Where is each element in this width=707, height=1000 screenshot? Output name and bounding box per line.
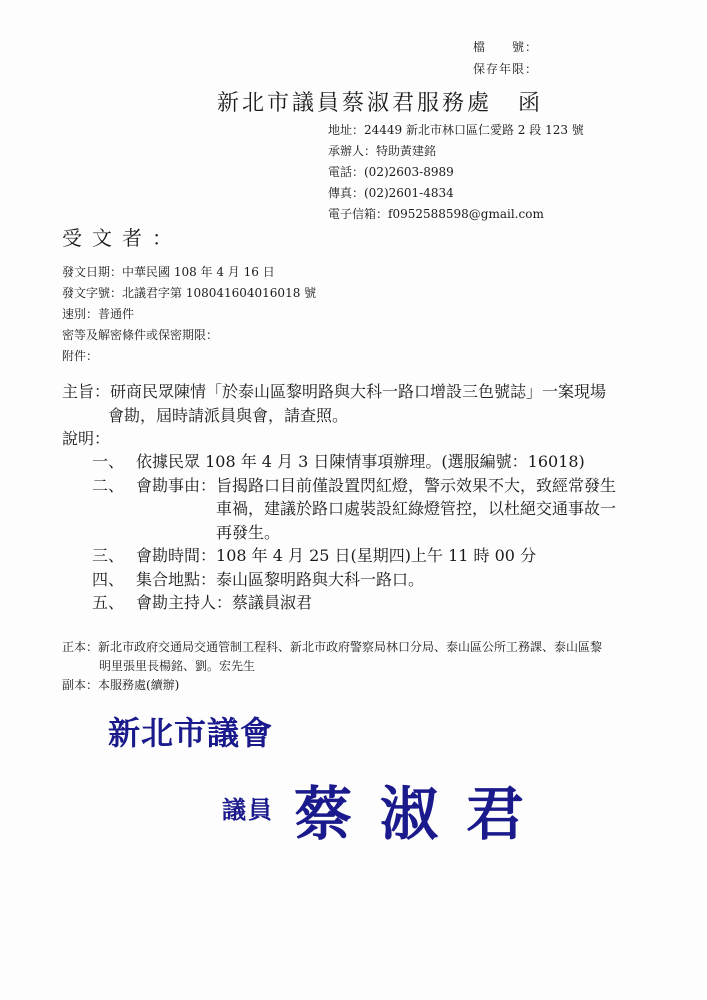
distribution-section: 正本：新北市政府交通局交通管制工程科、新北市政府警察局林口分局、泰山區公所工務課… (62, 638, 602, 695)
fax: 傳真：(02)2601-4834 (328, 183, 584, 204)
explanation-item: 一、 依據民眾 108 年 4 月 3 日陳情事項辦理。(選服編號：16018) (92, 450, 616, 474)
subject-label: 主旨： (62, 382, 110, 401)
issue-date: 發文日期：中華民國 108 年 4 月 16 日 (62, 262, 316, 283)
office-name: 新北市議員蔡淑君服務處 (217, 91, 492, 116)
explanation-list: 一、 依據民眾 108 年 4 月 3 日陳情事項辦理。(選服編號：16018)… (92, 450, 616, 615)
email: 電子信箱：f0952588598@gmail.com (328, 204, 584, 225)
explanation-label: 說明： (62, 427, 606, 451)
address: 地址：24449 新北市林口區仁愛路 2 段 123 號 (328, 120, 584, 141)
document-type: 函 (518, 91, 543, 116)
explanation-item: 五、 會勘主持人： 蔡議員淑君 (92, 591, 616, 615)
document-meta: 發文日期：中華民國 108 年 4 月 16 日 發文字號：北議君字第 1080… (62, 262, 316, 367)
attachment: 附件： (62, 346, 316, 367)
original-recipients-label: 正本： (62, 640, 98, 654)
council-seal-text: 新北市議會 (108, 708, 273, 754)
reference-number: 發文字號：北議君字第 108041604016018 號 (62, 283, 316, 304)
recipient-label: 受文者： (62, 222, 182, 251)
contact-block: 地址：24449 新北市林口區仁愛路 2 段 123 號 承辦人：特助黃建銘 電… (328, 120, 584, 225)
retention-period-label: 保存年限： (473, 58, 538, 80)
original-recipients-line-2: 明里張里長楊銘、劉。宏先生 (62, 657, 602, 676)
document-title: 新北市議員蔡淑君服務處函 (217, 86, 543, 117)
classification: 密等及解密條件或保密期限： (62, 325, 316, 346)
subject-line-2: 會勘，屆時請派員與會，請查照。 (62, 404, 606, 428)
phone: 電話：(02)2603-8989 (328, 162, 584, 183)
explanation-item: 二、 會勘事由： 旨揭路口目前僅設置閃紅燈，警示效果不大，致經常發生 車禍，建議… (92, 474, 616, 545)
subject-line-1: 研商民眾陳情「於泰山區黎明路與大科一路口增設三色號誌」一案現場 (110, 382, 606, 401)
explanation-item: 四、 集合地點： 泰山區黎明路與大科一路口。 (92, 568, 616, 592)
copy-recipients: 副本：本服務處(續辦) (62, 676, 602, 695)
delivery-speed: 速別：普通件 (62, 304, 316, 325)
handler: 承辦人：特助黃建銘 (328, 141, 584, 162)
subject-section: 主旨：研商民眾陳情「於泰山區黎明路與大科一路口增設三色號誌」一案現場 會勘，屆時… (62, 380, 606, 451)
councilor-title: 議員 (222, 790, 274, 825)
councilor-signature: 蔡淑君 (294, 767, 552, 851)
file-number-label: 檔 號： (473, 36, 538, 58)
original-recipients-line-1: 新北市政府交通局交通管制工程科、新北市政府警察局林口分局、泰山區公所工務課、泰山… (98, 640, 602, 654)
explanation-item: 三、 會勘時間： 108 年 4 月 25 日(星期四)上午 11 時 00 分 (92, 544, 616, 568)
